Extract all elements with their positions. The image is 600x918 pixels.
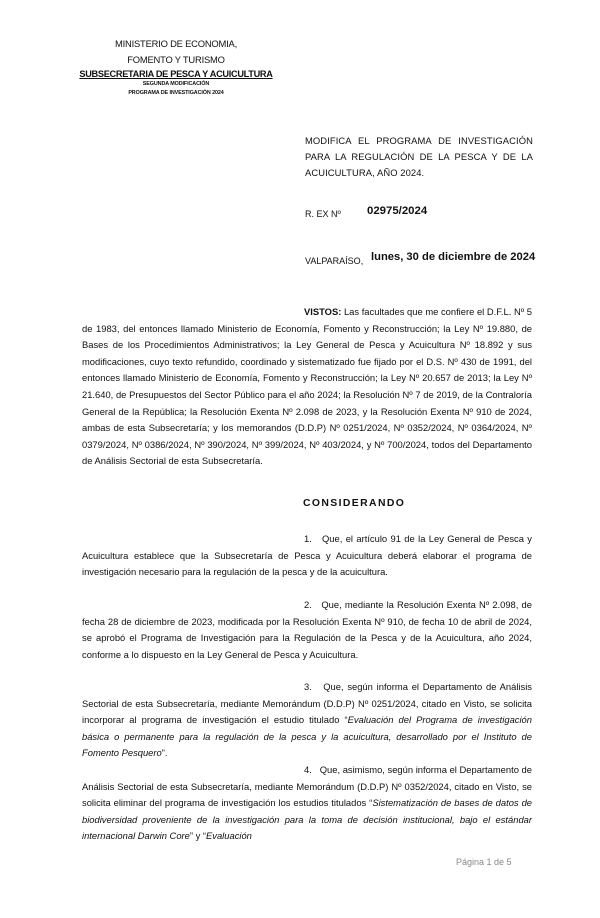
modification-tag: SEGUNDA MODIFICACIÓN <box>66 80 286 89</box>
subsecretaria-name: SUBSECRETARIA DE PESCA Y ACUICULTURA <box>66 68 286 80</box>
considerando-item-3: 3. Que, según informa el Departamento de… <box>82 679 532 762</box>
considerando-item-1: 1. Que, el artículo 91 de la Ley General… <box>82 531 532 581</box>
place-date-block: VALPARAÍSO, lunes, 30 de diciembre de 20… <box>305 256 363 266</box>
program-tag: PROGRAMA DE INVESTIGACIÓN 2024 <box>66 89 286 98</box>
vistos-heading: VISTOS: <box>304 306 341 317</box>
page-number: Página 1 de 5 <box>456 857 512 867</box>
item-number: 1. <box>304 533 312 544</box>
resolution-number-block: R. EX Nº 02975/2024 <box>305 209 341 219</box>
letterhead: MINISTERIO DE ECONOMIA, FOMENTO Y TURISM… <box>66 36 286 98</box>
considerando-item-4: 4. Que, asimismo, según informa el Depar… <box>82 762 532 845</box>
document-page: MINISTERIO DE ECONOMIA, FOMENTO Y TURISM… <box>0 0 600 918</box>
item-number: 2. <box>304 599 312 610</box>
vistos-section: VISTOS: Las facultades que me confiere e… <box>82 304 532 470</box>
document-title: MODIFICA EL PROGRAMA DE INVESTIGACIÓN PA… <box>305 133 533 181</box>
considerando-heading: CONSIDERANDO <box>303 498 405 509</box>
considerando-item-2: 2. Que, mediante la Resolución Exenta Nº… <box>82 597 532 663</box>
resolution-number: 02975/2024 <box>367 205 427 217</box>
resolution-label: R. EX Nº <box>305 209 341 219</box>
vistos-text: Las facultades que me confiere el D.F.L.… <box>82 306 532 466</box>
item-text-end: ”. <box>162 747 168 758</box>
item-number: 3. <box>304 681 312 692</box>
document-date: lunes, 30 de diciembre de 2024 <box>371 251 535 263</box>
ministry-line-2: FOMENTO Y TURISMO <box>66 52 286 68</box>
place-label: VALPARAÍSO, <box>305 256 363 266</box>
item-text-mid: ” y “ <box>190 830 206 841</box>
study-title-2: Evaluación <box>206 830 252 841</box>
item-number: 4. <box>304 764 312 775</box>
ministry-line-1: MINISTERIO DE ECONOMIA, <box>66 36 286 52</box>
